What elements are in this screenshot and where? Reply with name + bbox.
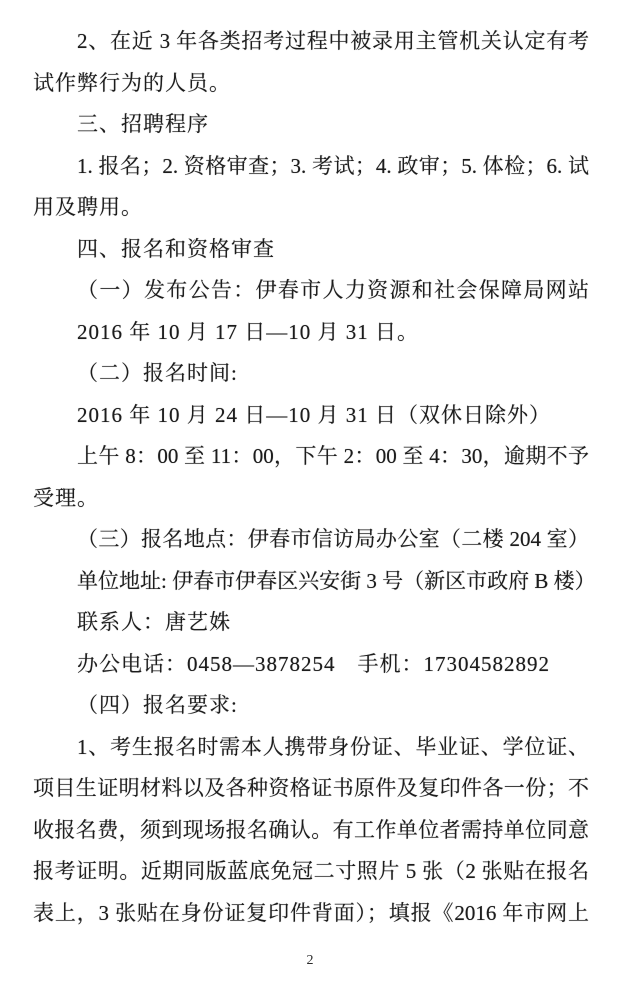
text-line: 1. 报名；2. 资格审查；3. 考试；4. 政审；5. 体检；6. 试 (33, 146, 589, 188)
text-line: 收报名费，须到现场报名确认。有工作单位者需持单位同意 (33, 810, 589, 852)
text-line: 表上，3 张贴在身份证复印件背面）；填报《2016 年市网上 (33, 893, 589, 935)
text-line: 四、报名和资格审查 (33, 229, 589, 271)
text-line: 办公电话：0458—3878254 手机：17304582892 (33, 644, 589, 686)
text-line: 2016 年 10 月 24 日—10 月 31 日（双休日除外） (33, 395, 589, 437)
text-line: 2016 年 10 月 17 日—10 月 31 日。 (33, 312, 589, 354)
text-line: （二）报名时间: (33, 353, 589, 395)
text-line: 报考证明。近期同版蓝底免冠二寸照片 5 张（2 张贴在报名 (33, 851, 589, 893)
text-line: 用及聘用。 (33, 187, 589, 229)
text-line: （四）报名要求: (33, 685, 589, 727)
text-line: （一）发布公告：伊春市人力资源和社会保障局网站 (33, 270, 589, 312)
text-line: 单位地址: 伊春市伊春区兴安街 3 号（新区市政府 B 楼） (33, 561, 589, 603)
text-line: 2、在近 3 年各类招考过程中被录用主管机关认定有考 (33, 21, 589, 63)
text-line: 项目生证明材料以及各种资格证书原件及复印件各一份；不 (33, 768, 589, 810)
page-footer: 2 (0, 951, 620, 969)
text-line: 三、招聘程序 (33, 104, 589, 146)
text-line: 受理。 (33, 478, 589, 520)
document-page: 2、在近 3 年各类招考过程中被录用主管机关认定有考试作弊行为的人员。三、招聘程… (0, 0, 620, 996)
document-body: 2、在近 3 年各类招考过程中被录用主管机关认定有考试作弊行为的人员。三、招聘程… (33, 21, 589, 934)
text-line: 1、考生报名时需本人携带身份证、毕业证、学位证、 (33, 727, 589, 769)
text-line: 上午 8：00 至 11：00，下午 2：00 至 4：30，逾期不予 (33, 436, 589, 478)
text-line: （三）报名地点：伊春市信访局办公室（二楼 204 室） (33, 519, 589, 561)
page-number: 2 (307, 953, 314, 968)
text-line: 联系人：唐艺姝 (33, 602, 589, 644)
text-line: 试作弊行为的人员。 (33, 63, 589, 105)
